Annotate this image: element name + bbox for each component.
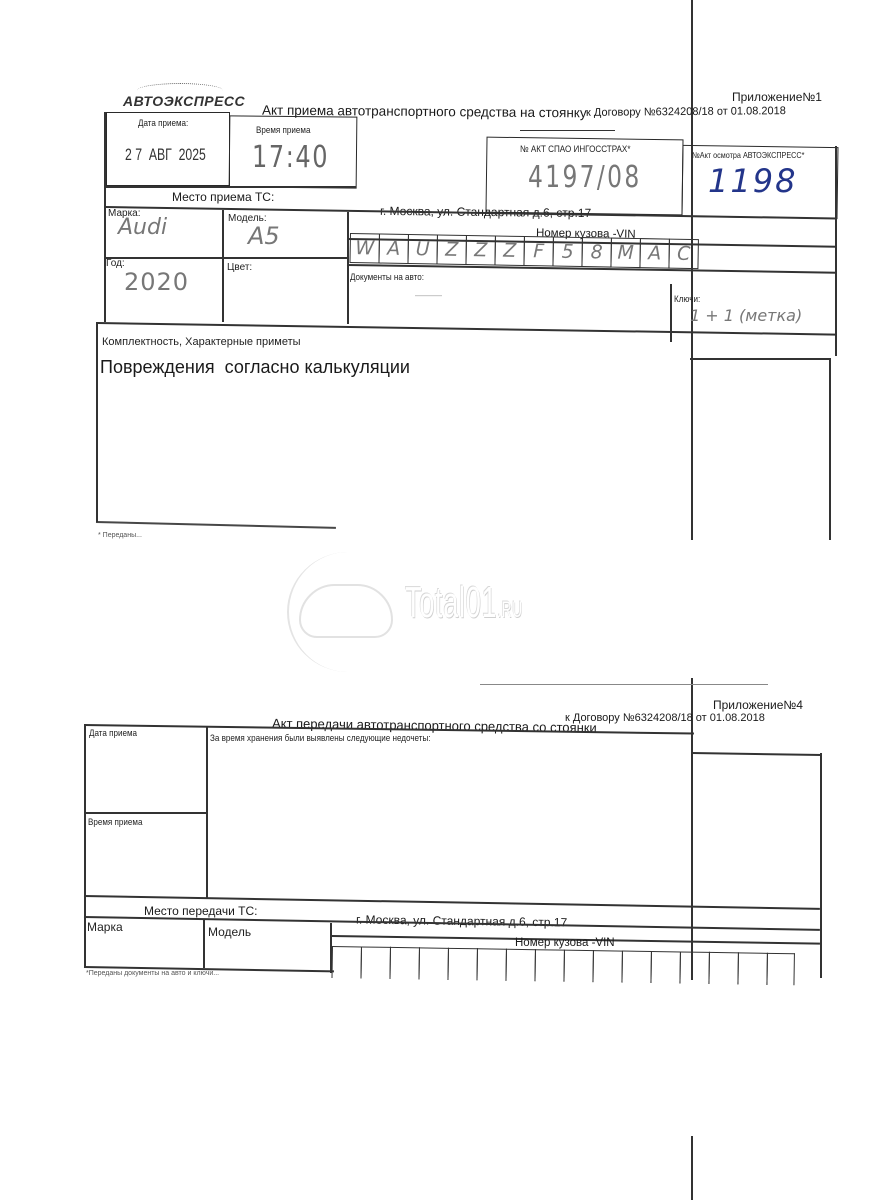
act-4-left-border	[84, 724, 86, 968]
vin-cell[interactable]: A	[639, 238, 670, 269]
vin-cell[interactable]	[476, 948, 506, 980]
vin-cell[interactable]	[505, 949, 535, 981]
watermark-text: Total01.RU	[405, 578, 523, 628]
vin-cell[interactable]	[679, 951, 709, 983]
completeness-inner-line	[690, 358, 830, 360]
vin-cell[interactable]: Z	[465, 235, 496, 266]
watermark-cloud-icon	[299, 584, 393, 638]
vin-cell[interactable]: C	[668, 239, 699, 270]
total01-watermark: Total01.RU	[287, 552, 597, 672]
autoexpress-logo: АВТОЭКСПРЕСС	[123, 83, 229, 115]
year-row-top-border	[104, 257, 349, 259]
vin-cell[interactable]	[592, 950, 622, 982]
completeness-label: Комплектность, Характерные приметы	[102, 336, 301, 348]
vin-cell[interactable]	[360, 946, 390, 978]
vin-cell[interactable]: A	[378, 234, 409, 265]
act-4-footnote: *Переданы документы на авто и ключи...	[86, 970, 219, 977]
time-row-top-border	[84, 812, 206, 814]
docs-value[interactable]: ———	[415, 290, 442, 300]
vin-cell[interactable]	[766, 953, 794, 985]
vin-cell[interactable]	[418, 947, 448, 979]
vin-cell[interactable]	[650, 951, 680, 983]
act-1-footnote: * Переданы...	[98, 532, 142, 539]
keys-divider	[670, 284, 672, 342]
model-vin-divider	[347, 212, 349, 324]
act-4-top-dashed-line	[480, 684, 768, 685]
vin-cells: W A U Z Z Z F 5 8 M A C	[349, 233, 709, 269]
left-border	[104, 112, 106, 322]
vin-cell[interactable]: U	[407, 234, 438, 265]
vin-cell[interactable]: W	[349, 233, 380, 264]
vin-cell[interactable]	[331, 946, 361, 978]
act-4-right-border	[820, 753, 822, 978]
keys-label: Ключи:	[674, 294, 700, 305]
vin-cell[interactable]	[389, 947, 419, 979]
vin-cell[interactable]	[447, 948, 477, 980]
completeness-value[interactable]: Повреждения согласно калькуляции	[100, 357, 410, 378]
ingos-act-label: № АКТ СПАО ИНГОССТРАХ*	[520, 144, 630, 155]
completeness-right-border	[829, 358, 831, 540]
ingos-act-value[interactable]: 4197/08	[528, 160, 642, 195]
vin-cell[interactable]	[621, 951, 651, 983]
date-stamp-value: 2 7 АВГ 2025	[125, 145, 206, 165]
year-label: Год:	[106, 258, 125, 269]
act-4-top-border-right	[692, 752, 822, 756]
model-value[interactable]: A5	[248, 222, 280, 250]
act-4-vin-cells	[331, 946, 821, 986]
page-fold-line-bottom	[691, 1136, 693, 1200]
act-4-date-label: Дата приема	[89, 728, 137, 739]
place-row-top-border	[106, 186, 356, 188]
appendix-1-label: Приложение№1	[732, 90, 822, 104]
appendix-4-label: Приложение№4	[713, 698, 803, 712]
make-model-divider	[222, 210, 224, 322]
time-value[interactable]: 17:40	[252, 140, 329, 175]
contract-reference-1: к Договору №6324208/18 от 01.08.2018	[586, 105, 786, 119]
vin-cell[interactable]	[534, 949, 564, 981]
date-label: Дата приема:	[138, 118, 188, 129]
vin-cell[interactable]	[737, 952, 767, 984]
inspection-act-value[interactable]: 1198	[708, 162, 797, 200]
act-4-place-label: Место передачи ТС:	[144, 904, 257, 918]
completeness-bottom-border	[96, 521, 336, 528]
place-label: Место приема ТС:	[172, 190, 274, 204]
vin-cell[interactable]: F	[523, 236, 554, 267]
vin-cell[interactable]	[708, 952, 738, 984]
defects-area[interactable]	[210, 748, 690, 896]
vin-cell[interactable]: Z	[494, 236, 525, 267]
inspection-act-label: №Акт осмотра АВТОЭКСПРЕСС*	[692, 150, 804, 160]
act-4-make-label: Марка	[87, 920, 123, 934]
time-label: Время приема	[256, 125, 310, 136]
act-4-time-label: Время приема	[88, 817, 142, 828]
make-model-divider-4	[203, 920, 205, 968]
keys-value[interactable]: 1 + 1 (метка)	[690, 306, 802, 325]
date-defects-divider	[206, 726, 208, 898]
vin-cell[interactable]: M	[610, 238, 641, 269]
title-underline	[520, 130, 615, 131]
vin-cell[interactable]	[563, 950, 593, 982]
act-4-vin-label: Номер кузова -VIN	[515, 937, 615, 949]
vin-cell[interactable]: Z	[436, 235, 467, 266]
year-value[interactable]: 2020	[124, 268, 189, 296]
completeness-left-border	[96, 322, 98, 522]
make-value[interactable]: Audi	[118, 215, 167, 240]
docs-label: Документы на авто:	[350, 272, 424, 283]
vin-cell[interactable]: 8	[581, 237, 612, 268]
defects-label: За время хранения были выявлены следующи…	[210, 733, 431, 744]
act-4-model-label: Модель	[208, 925, 251, 939]
color-label: Цвет:	[227, 262, 252, 273]
right-border-upper	[835, 146, 837, 356]
vin-cell[interactable]: 5	[552, 237, 583, 268]
